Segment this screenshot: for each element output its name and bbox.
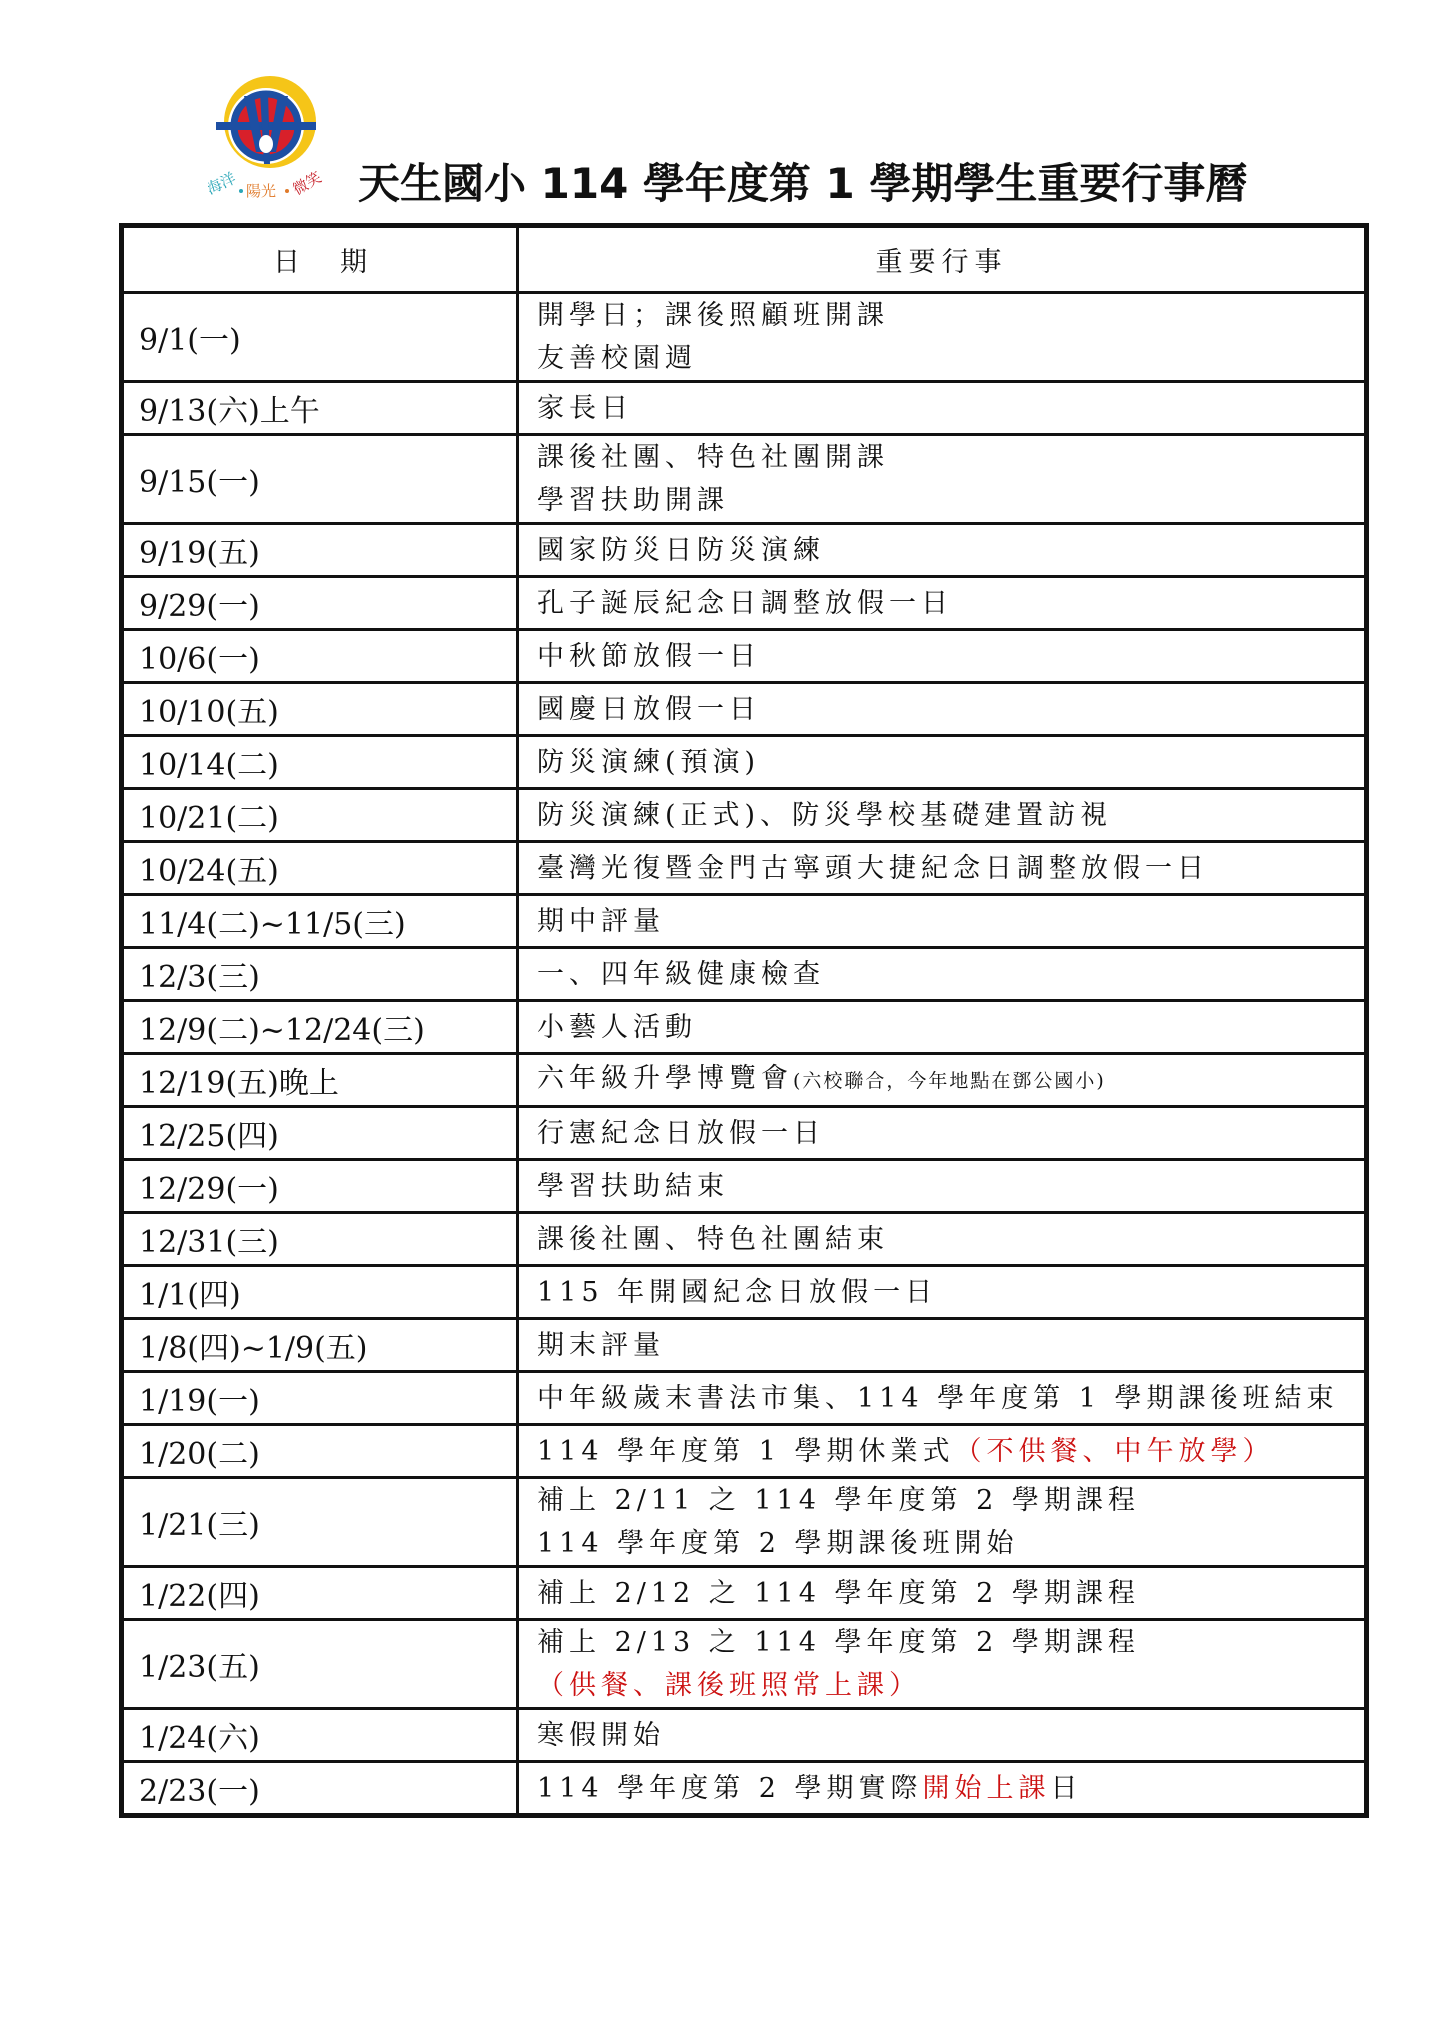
- table-row: 1/22(四)補上 2/12 之 114 學年度第 2 學期課程: [122, 1567, 1367, 1620]
- event-line: 課後社團、特色社團結束: [537, 1218, 1364, 1261]
- event-text: 六年級升學博覽會: [537, 1063, 793, 1094]
- event-date: 9/29(一): [122, 577, 518, 630]
- event-date: 12/25(四): [122, 1107, 518, 1160]
- event-date: 12/9(二)~12/24(三): [122, 1001, 518, 1054]
- event-line: 期中評量: [537, 900, 1364, 943]
- table-row: 1/1(四)115 年開國紀念日放假一日: [122, 1266, 1367, 1319]
- event-line: 小藝人活動: [537, 1006, 1364, 1049]
- table-row: 12/31(三)課後社團、特色社團結束: [122, 1213, 1367, 1266]
- event-text: 補上 2/11 之 114 學年度第 2 學期課程: [537, 1485, 1140, 1516]
- table-row: 2/23(一)114 學年度第 2 學期實際開始上課日: [122, 1762, 1367, 1816]
- table-row: 12/9(二)~12/24(三)小藝人活動: [122, 1001, 1367, 1054]
- event-date: 1/20(二): [122, 1425, 518, 1478]
- event-description: 行憲紀念日放假一日: [518, 1107, 1367, 1160]
- svg-text:海洋: 海洋: [208, 169, 239, 198]
- event-line: 中年級歲末書法市集、114 學年度第 1 學期課後班結束: [537, 1377, 1364, 1420]
- svg-text:微笑: 微笑: [290, 168, 325, 199]
- event-description: 寒假開始: [518, 1709, 1367, 1762]
- event-date: 12/19(五)晚上: [122, 1054, 518, 1107]
- table-header-row: 日期 重要行事: [122, 226, 1367, 293]
- event-description: 115 年開國紀念日放假一日: [518, 1266, 1367, 1319]
- event-text: 114 學年度第 2 學期課後班開始: [537, 1528, 1018, 1559]
- event-description: 開學日；課後照顧班開課友善校園週: [518, 293, 1367, 382]
- event-text: 課後社團、特色社團結束: [537, 1224, 889, 1255]
- event-line: 補上 2/11 之 114 學年度第 2 學期課程: [537, 1479, 1364, 1522]
- event-line: 中秋節放假一日: [537, 635, 1364, 678]
- event-date: 9/1(一): [122, 293, 518, 382]
- event-description: 孔子誕辰紀念日調整放假一日: [518, 577, 1367, 630]
- event-text: 期末評量: [537, 1330, 665, 1361]
- event-line: 臺灣光復暨金門古寧頭大捷紀念日調整放假一日: [537, 847, 1364, 890]
- event-line: 114 學年度第 2 學期課後班開始: [537, 1522, 1364, 1565]
- event-text: 防災演練(預演): [537, 747, 760, 778]
- event-line: 家長日: [537, 387, 1364, 430]
- event-text: 中秋節放假一日: [537, 641, 761, 672]
- event-description: 補上 2/13 之 114 學年度第 2 學期課程（供餐、課後班照常上課）: [518, 1620, 1367, 1709]
- event-text: 114 學年度第 1 學期休業式: [537, 1436, 954, 1467]
- header-date: 日期: [122, 226, 518, 293]
- event-text: 國慶日放假一日: [537, 694, 761, 725]
- event-date: 1/24(六): [122, 1709, 518, 1762]
- note-text: (六校聯合，今年地點在鄧公國小): [793, 1070, 1106, 1092]
- event-date: 10/14(二): [122, 736, 518, 789]
- event-text: 寒假開始: [537, 1720, 665, 1751]
- event-date: 9/19(五): [122, 524, 518, 577]
- event-date: 10/21(二): [122, 789, 518, 842]
- table-row: 1/23(五)補上 2/13 之 114 學年度第 2 學期課程（供餐、課後班照…: [122, 1620, 1367, 1709]
- event-text: 補上 2/13 之 114 學年度第 2 學期課程: [537, 1627, 1140, 1658]
- table-row: 10/24(五)臺灣光復暨金門古寧頭大捷紀念日調整放假一日: [122, 842, 1367, 895]
- table-row: 9/19(五)國家防災日防災演練: [122, 524, 1367, 577]
- table-row: 1/8(四)~1/9(五)期末評量: [122, 1319, 1367, 1372]
- table-row: 9/13(六)上午家長日: [122, 382, 1367, 435]
- event-text: 國家防災日防災演練: [537, 535, 825, 566]
- calendar-rows: 9/1(一)開學日；課後照顧班開課友善校園週9/13(六)上午家長日9/15(一…: [122, 293, 1367, 1816]
- event-text: 友善校園週: [537, 343, 697, 374]
- event-line: 開學日；課後照顧班開課: [537, 294, 1364, 337]
- event-text: 課後社團、特色社團開課: [537, 442, 889, 473]
- event-text: 114 學年度第 2 學期實際: [537, 1773, 922, 1804]
- event-date: 12/29(一): [122, 1160, 518, 1213]
- table-row: 11/4(二)~11/5(三)期中評量: [122, 895, 1367, 948]
- event-date: 12/31(三): [122, 1213, 518, 1266]
- table-row: 9/29(一)孔子誕辰紀念日調整放假一日: [122, 577, 1367, 630]
- event-description: 期中評量: [518, 895, 1367, 948]
- event-date: 2/23(一): [122, 1762, 518, 1816]
- event-line: 寒假開始: [537, 1714, 1364, 1757]
- event-text: 115 年開國紀念日放假一日: [537, 1277, 937, 1308]
- event-line: 防災演練(預演): [537, 741, 1364, 784]
- table-row: 1/24(六)寒假開始: [122, 1709, 1367, 1762]
- event-date: 10/24(五): [122, 842, 518, 895]
- event-text: 一、四年級健康檢查: [537, 959, 825, 990]
- calendar-table: 日期 重要行事 9/1(一)開學日；課後照顧班開課友善校園週9/13(六)上午家…: [119, 223, 1369, 1818]
- event-description: 課後社團、特色社團結束: [518, 1213, 1367, 1266]
- event-line: 114 學年度第 1 學期休業式（不供餐、中午放學）: [537, 1430, 1364, 1473]
- event-text: 補上 2/12 之 114 學年度第 2 學期課程: [537, 1578, 1140, 1609]
- table-row: 12/3(三)一、四年級健康檢查: [122, 948, 1367, 1001]
- table-row: 1/19(一)中年級歲末書法市集、114 學年度第 1 學期課後班結束: [122, 1372, 1367, 1425]
- event-description: 補上 2/12 之 114 學年度第 2 學期課程: [518, 1567, 1367, 1620]
- table-row: 12/29(一)學習扶助結束: [122, 1160, 1367, 1213]
- event-line: 補上 2/12 之 114 學年度第 2 學期課程: [537, 1572, 1364, 1615]
- event-description: 一、四年級健康檢查: [518, 948, 1367, 1001]
- event-line: （供餐、課後班照常上課）: [537, 1664, 1364, 1707]
- event-description: 家長日: [518, 382, 1367, 435]
- event-line: 一、四年級健康檢查: [537, 953, 1364, 996]
- event-line: 補上 2/13 之 114 學年度第 2 學期課程: [537, 1621, 1364, 1664]
- event-line: 孔子誕辰紀念日調整放假一日: [537, 582, 1364, 625]
- event-date: 1/8(四)~1/9(五): [122, 1319, 518, 1372]
- event-line: 國家防災日防災演練: [537, 529, 1364, 572]
- event-text: 開學日；課後照顧班開課: [537, 300, 889, 331]
- event-description: 國慶日放假一日: [518, 683, 1367, 736]
- event-date: 1/22(四): [122, 1567, 518, 1620]
- event-text: 期中評量: [537, 906, 665, 937]
- event-description: 小藝人活動: [518, 1001, 1367, 1054]
- event-date: 1/19(一): [122, 1372, 518, 1425]
- event-date: 9/15(一): [122, 435, 518, 524]
- event-date: 1/1(四): [122, 1266, 518, 1319]
- event-date: 11/4(二)~11/5(三): [122, 895, 518, 948]
- highlight-text: 開始上課: [922, 1773, 1050, 1804]
- event-description: 學習扶助結束: [518, 1160, 1367, 1213]
- event-text: 家長日: [537, 393, 633, 424]
- event-description: 補上 2/11 之 114 學年度第 2 學期課程114 學年度第 2 學期課後…: [518, 1478, 1367, 1567]
- highlight-text: （供餐、課後班照常上課）: [537, 1670, 921, 1701]
- event-text: 中年級歲末書法市集、114 學年度第 1 學期課後班結束: [537, 1383, 1338, 1414]
- highlight-text: （不供餐、中午放學）: [954, 1436, 1274, 1467]
- table-row: 1/21(三)補上 2/11 之 114 學年度第 2 學期課程114 學年度第…: [122, 1478, 1367, 1567]
- table-row: 10/14(二)防災演練(預演): [122, 736, 1367, 789]
- event-text: 行憲紀念日放假一日: [537, 1118, 825, 1149]
- event-text: 孔子誕辰紀念日調整放假一日: [537, 588, 953, 619]
- event-line: 行憲紀念日放假一日: [537, 1112, 1364, 1155]
- event-description: 中秋節放假一日: [518, 630, 1367, 683]
- event-line: 期末評量: [537, 1324, 1364, 1367]
- event-text: 學習扶助結束: [537, 1171, 729, 1202]
- event-description: 期末評量: [518, 1319, 1367, 1372]
- event-date: 10/10(五): [122, 683, 518, 736]
- event-line: 學習扶助結束: [537, 1165, 1364, 1208]
- table-row: 12/25(四)行憲紀念日放假一日: [122, 1107, 1367, 1160]
- table-row: 10/6(一)中秋節放假一日: [122, 630, 1367, 683]
- table-row: 10/21(二)防災演練(正式)、防災學校基礎建置訪視: [122, 789, 1367, 842]
- event-description: 課後社團、特色社團開課學習扶助開課: [518, 435, 1367, 524]
- page-title: 天生國小 114 學年度第 1 學期學生重要行事曆: [358, 156, 1247, 212]
- event-line: 課後社團、特色社團開課: [537, 436, 1364, 479]
- event-line: 六年級升學博覽會(六校聯合，今年地點在鄧公國小): [537, 1057, 1364, 1103]
- event-description: 防災演練(正式)、防災學校基礎建置訪視: [518, 789, 1367, 842]
- event-description: 114 學年度第 1 學期休業式（不供餐、中午放學）: [518, 1425, 1367, 1478]
- table-row: 12/19(五)晚上六年級升學博覽會(六校聯合，今年地點在鄧公國小): [122, 1054, 1367, 1107]
- event-line: 學習扶助開課: [537, 479, 1364, 522]
- event-line: 友善校園週: [537, 337, 1364, 380]
- event-description: 114 學年度第 2 學期實際開始上課日: [518, 1762, 1367, 1816]
- event-date: 9/13(六)上午: [122, 382, 518, 435]
- event-line: 防災演練(正式)、防災學校基礎建置訪視: [537, 794, 1364, 837]
- event-text: 小藝人活動: [537, 1012, 697, 1043]
- event-line: 國慶日放假一日: [537, 688, 1364, 731]
- table-row: 9/1(一)開學日；課後照顧班開課友善校園週: [122, 293, 1367, 382]
- event-description: 臺灣光復暨金門古寧頭大捷紀念日調整放假一日: [518, 842, 1367, 895]
- header-event: 重要行事: [518, 226, 1367, 293]
- table-row: 1/20(二)114 學年度第 1 學期休業式（不供餐、中午放學）: [122, 1425, 1367, 1478]
- school-logo: 海洋 陽光 微笑: [208, 72, 338, 204]
- event-text: 學習扶助開課: [537, 485, 729, 516]
- svg-text:陽光: 陽光: [246, 182, 276, 200]
- school-emblem-icon: 海洋 陽光 微笑: [208, 72, 338, 204]
- event-date: 12/3(三): [122, 948, 518, 1001]
- table-row: 10/10(五)國慶日放假一日: [122, 683, 1367, 736]
- table-row: 9/15(一)課後社團、特色社團開課學習扶助開課: [122, 435, 1367, 524]
- event-text: 防災演練(正式)、防災學校基礎建置訪視: [537, 800, 1112, 831]
- event-description: 防災演練(預演): [518, 736, 1367, 789]
- event-date: 10/6(一): [122, 630, 518, 683]
- event-description: 六年級升學博覽會(六校聯合，今年地點在鄧公國小): [518, 1054, 1367, 1107]
- event-date: 1/23(五): [122, 1620, 518, 1709]
- event-description: 國家防災日防災演練: [518, 524, 1367, 577]
- event-line: 114 學年度第 2 學期實際開始上課日: [537, 1767, 1364, 1810]
- event-date: 1/21(三): [122, 1478, 518, 1567]
- event-text: 臺灣光復暨金門古寧頭大捷紀念日調整放假一日: [537, 853, 1209, 884]
- event-description: 中年級歲末書法市集、114 學年度第 1 學期課後班結束: [518, 1372, 1367, 1425]
- event-text: 日: [1050, 1773, 1082, 1804]
- event-line: 115 年開國紀念日放假一日: [537, 1271, 1364, 1314]
